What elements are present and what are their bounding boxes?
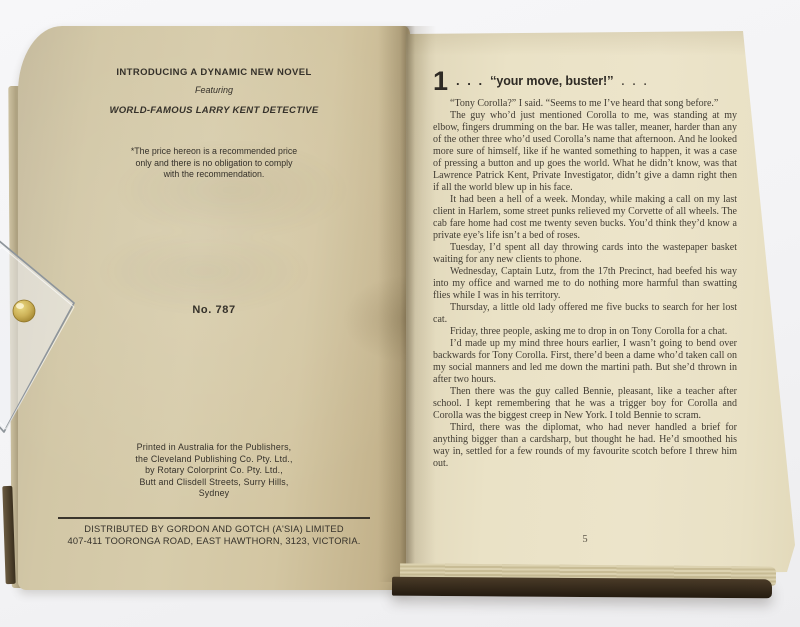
featuring-line: Featuring — [18, 85, 410, 95]
chapter-heading: 1. . .‘‘your move, buster!’’. . . — [433, 66, 649, 97]
body-paragraph: Wednesday, Captain Lutz, from the 17th P… — [433, 266, 737, 302]
right-page: 1. . .‘‘your move, buster!’’. . . “Tony … — [406, 28, 800, 580]
body-paragraph: Thursday, a little old lady offered me f… — [433, 302, 737, 326]
price-note: *The price hereon is a recommended price… — [18, 146, 410, 181]
body-paragraph: The guy who’d just mentioned Corolla to … — [433, 110, 737, 194]
page-fold-shadow — [290, 256, 410, 396]
chapter-body: “Tony Corolla?” I said. “Seems to me I’v… — [433, 98, 737, 470]
glass-square — [0, 233, 118, 445]
intro-line: INTRODUCING A DYNAMIC NEW NOVEL — [18, 67, 410, 78]
body-paragraph: Friday, three people, asking me to drop … — [433, 326, 737, 338]
detective-line: WORLD-FAMOUS LARRY KENT DETECTIVE — [18, 105, 410, 116]
heading-dots-left: . . . — [456, 73, 484, 88]
body-paragraph: “Tony Corolla?” I said. “Seems to me I’v… — [433, 98, 737, 110]
body-paragraph: Tuesday, I’d spent all day throwing card… — [433, 242, 737, 266]
glass-edge — [0, 240, 74, 432]
gold-pin — [13, 300, 35, 322]
gold-pin-highlight — [16, 303, 24, 309]
chapter-title: ‘‘your move, buster!’’ — [490, 74, 613, 88]
heading-dots-right: . . . — [621, 76, 649, 88]
book-photo: INTRODUCING A DYNAMIC NEW NOVEL Featurin… — [0, 0, 800, 627]
printer-note: Printed in Australia for the Publishers,… — [18, 442, 410, 500]
cover-edge-bottom — [392, 577, 772, 599]
divider-rule — [58, 517, 370, 519]
body-paragraph: I’d made up my mind three hours earlier,… — [433, 338, 737, 386]
body-paragraph: Then there was the guy called Bennie, pl… — [433, 386, 737, 422]
distributor-note: DISTRIBUTED BY GORDON AND GOTCH (A'SIA) … — [18, 523, 410, 547]
page-number: 5 — [433, 534, 737, 545]
chapter-number: 1 — [433, 66, 448, 96]
body-paragraph: Third, there was the diplomat, who had n… — [433, 422, 737, 470]
body-paragraph: It had been a hell of a week. Monday, wh… — [433, 194, 737, 242]
